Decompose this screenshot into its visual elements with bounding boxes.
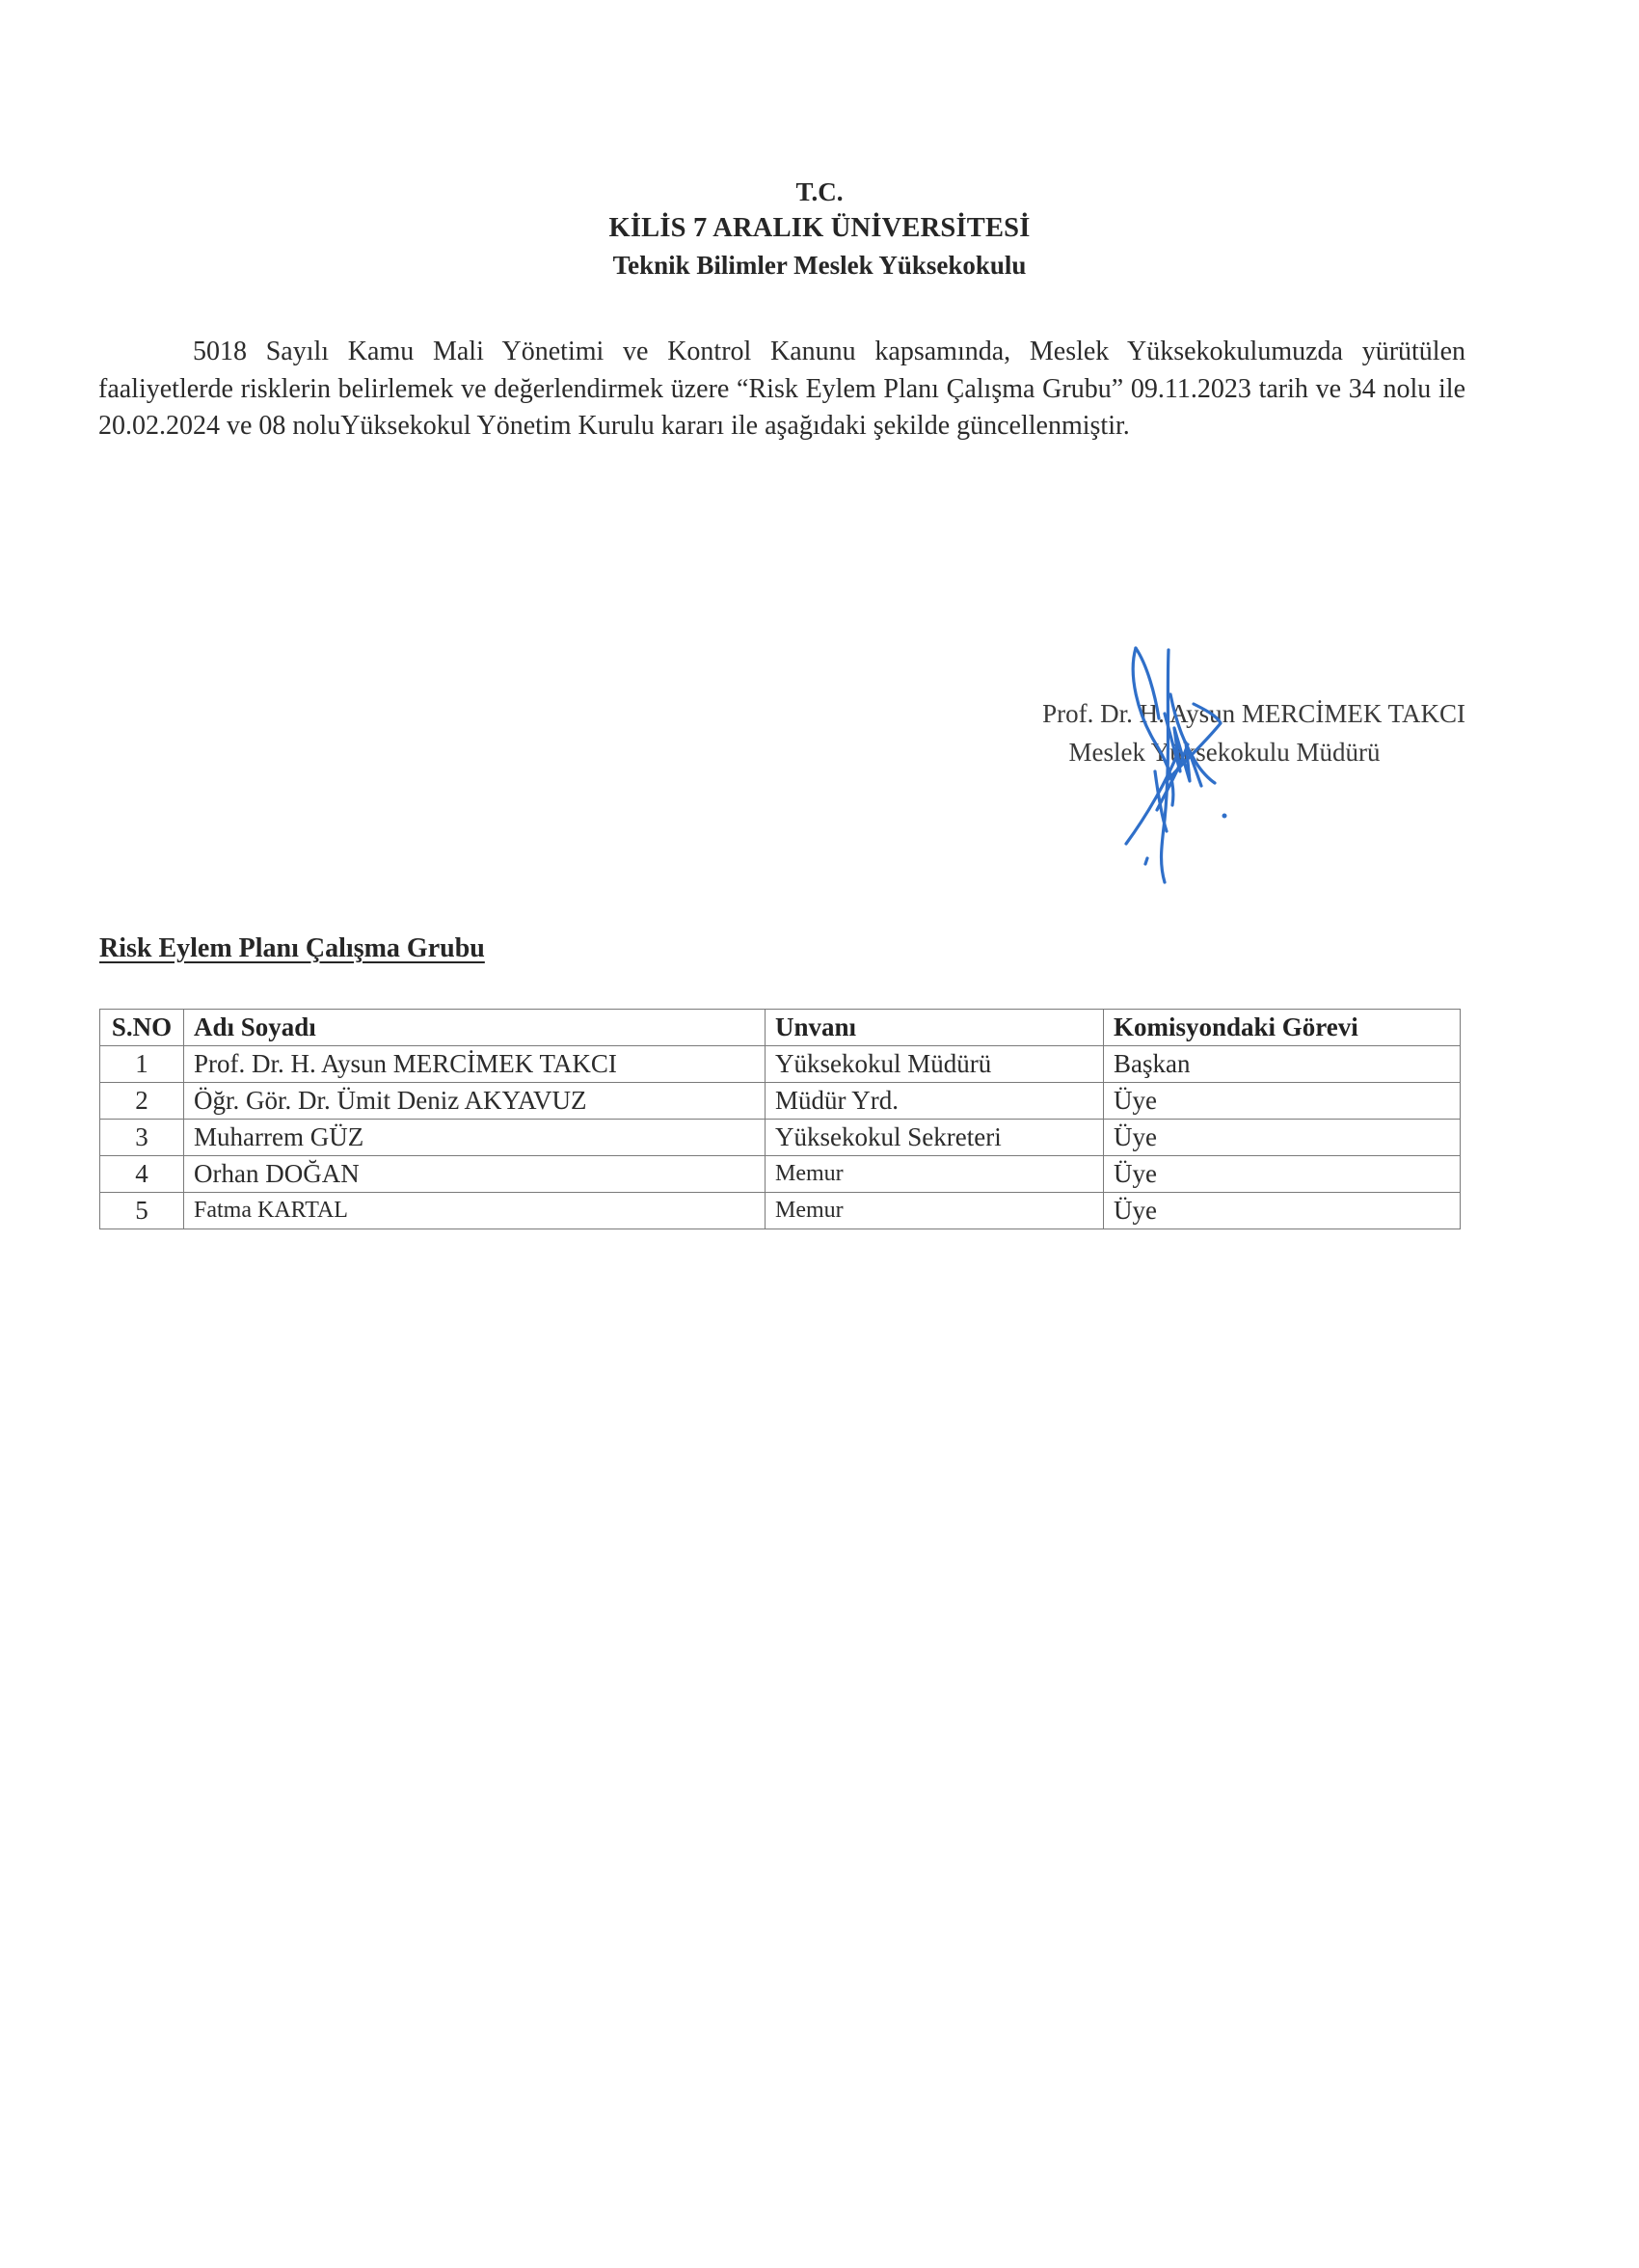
cell-role: Üye: [1104, 1156, 1461, 1193]
header-line-school: Teknik Bilimler Meslek Yüksekokulu: [0, 247, 1639, 283]
table-row: 5 Fatma KARTAL Memur Üye: [100, 1193, 1461, 1229]
signatory-title: Meslek Yüksekokulu Müdürü: [926, 733, 1465, 771]
header-line-tc: T.C.: [0, 174, 1639, 210]
table-row: 2 Öğr. Gör. Dr. Ümit Deniz AKYAVUZ Müdür…: [100, 1083, 1461, 1120]
cell-sno: 3: [100, 1120, 184, 1156]
cell-name: Orhan DOĞAN: [184, 1156, 766, 1193]
cell-name: Muharrem GÜZ: [184, 1120, 766, 1156]
cell-name: Fatma KARTAL: [184, 1193, 766, 1229]
signatory-name: Prof. Dr. H. Aysun MERCİMEK TAKCI: [926, 694, 1465, 733]
cell-title: Memur: [766, 1156, 1104, 1193]
cell-title: Yüksekokul Sekreteri: [766, 1120, 1104, 1156]
cell-sno: 5: [100, 1193, 184, 1229]
table-row: 4 Orhan DOĞAN Memur Üye: [100, 1156, 1461, 1193]
column-header-sno: S.NO: [100, 1010, 184, 1046]
section-title: Risk Eylem Planı Çalışma Grubu: [99, 933, 485, 964]
cell-role: Üye: [1104, 1083, 1461, 1120]
column-header-role: Komisyondaki Görevi: [1104, 1010, 1461, 1046]
cell-name: Öğr. Gör. Dr. Ümit Deniz AKYAVUZ: [184, 1083, 766, 1120]
signature-block: Prof. Dr. H. Aysun MERCİMEK TAKCI Meslek…: [926, 694, 1465, 771]
members-table: S.NO Adı Soyadı Unvanı Komisyondaki Göre…: [99, 1009, 1461, 1229]
cell-sno: 1: [100, 1046, 184, 1083]
cell-role: Üye: [1104, 1120, 1461, 1156]
cell-title: Müdür Yrd.: [766, 1083, 1104, 1120]
cell-title: Yüksekokul Müdürü: [766, 1046, 1104, 1083]
cell-name: Prof. Dr. H. Aysun MERCİMEK TAKCI: [184, 1046, 766, 1083]
column-header-name: Adı Soyadı: [184, 1010, 766, 1046]
cell-sno: 2: [100, 1083, 184, 1120]
cell-role: Üye: [1104, 1193, 1461, 1229]
table-row: 3 Muharrem GÜZ Yüksekokul Sekreteri Üye: [100, 1120, 1461, 1156]
document-header: T.C. KİLİS 7 ARALIK ÜNİVERSİTESİ Teknik …: [0, 174, 1639, 283]
cell-sno: 4: [100, 1156, 184, 1193]
cell-role: Başkan: [1104, 1046, 1461, 1083]
table-row: 1 Prof. Dr. H. Aysun MERCİMEK TAKCI Yüks…: [100, 1046, 1461, 1083]
header-line-university: KİLİS 7 ARALIK ÜNİVERSİTESİ: [0, 210, 1639, 247]
cell-title: Memur: [766, 1193, 1104, 1229]
table-header-row: S.NO Adı Soyadı Unvanı Komisyondaki Göre…: [100, 1010, 1461, 1046]
column-header-title: Unvanı: [766, 1010, 1104, 1046]
body-paragraph: 5018 Sayılı Kamu Mali Yönetimi ve Kontro…: [98, 334, 1465, 445]
